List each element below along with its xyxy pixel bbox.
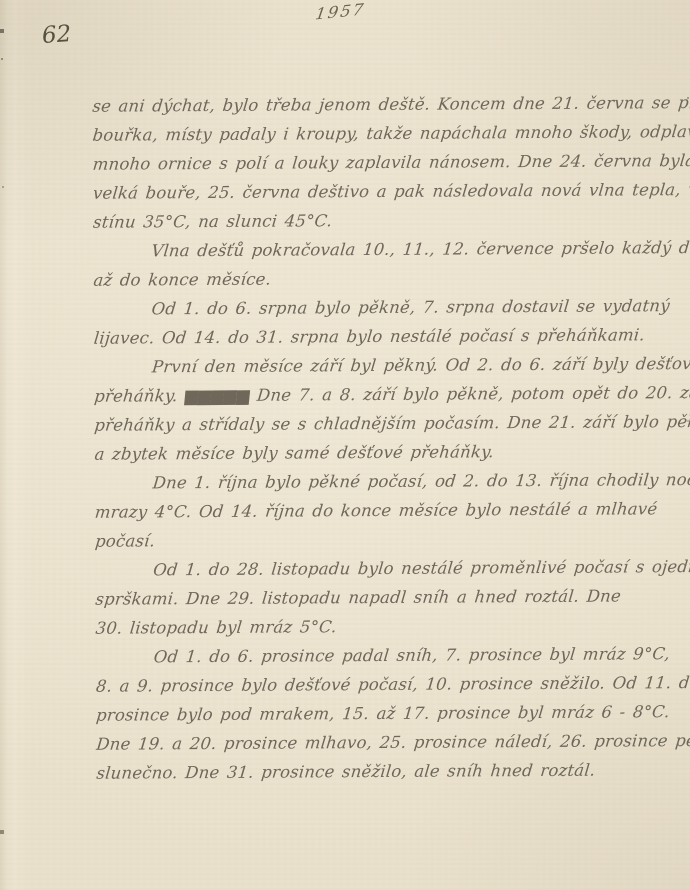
manuscript-line: 8. a 9. prosince bylo dešťové počasí, 10…: [95, 668, 658, 700]
manuscript-line: Od 1. do 28. listopadu bylo nestálé prom…: [94, 552, 657, 584]
manuscript-line: přeháňky. ▆▆▆▆▆ Dne 7. a 8. září bylo pě…: [93, 378, 656, 410]
manuscript-line: přeháňky a střídaly se s chladnějším poč…: [93, 407, 656, 439]
manuscript-line: Dne 1. října bylo pěkné počasí, od 2. do…: [93, 465, 656, 497]
manuscript-line: Od 1. do 6. prosince padal sníh, 7. pros…: [94, 639, 657, 671]
manuscript-line: stínu 35°C, na slunci 45°C.: [92, 204, 655, 236]
manuscript-line: až do konce měsíce.: [92, 262, 655, 294]
manuscript-line: velká bouře, 25. června deštivo a pak ná…: [92, 175, 655, 207]
year-label: 1957: [314, 0, 366, 23]
manuscript-line: mnoho ornice s polí a louky zaplavila ná…: [91, 146, 654, 178]
manuscript-line: 30. listopadu byl mráz 5°C.: [94, 610, 657, 642]
manuscript-line: Dne 19. a 20. prosince mlhavo, 25. prosi…: [95, 726, 658, 758]
page-number: 62: [41, 21, 72, 49]
manuscript-line: se ani dýchat, bylo třeba jenom deště. K…: [91, 88, 654, 120]
manuscript-line: Vlna dešťů pokračovala 10., 11., 12. čer…: [92, 233, 655, 265]
manuscript-page: 62 1957 se ani dýchat, bylo třeba jenom …: [0, 0, 690, 890]
manuscript-line: bouřka, místy padaly i kroupy, takže nap…: [91, 117, 654, 149]
manuscript-line: lijavec. Od 14. do 31. srpna bylo nestál…: [92, 320, 655, 352]
manuscript-line: prosince bylo pod mrakem, 15. až 17. pro…: [95, 697, 658, 729]
manuscript-line: Od 1. do 6. srpna bylo pěkně, 7. srpna d…: [92, 291, 655, 323]
scan-edge-specks: [0, 0, 2, 2]
manuscript-line: sprškami. Dne 29. listopadu napadl sníh …: [94, 581, 657, 613]
manuscript-line: slunečno. Dne 31. prosince sněžilo, ale …: [95, 755, 658, 787]
manuscript-line: a zbytek měsíce byly samé dešťové přeháň…: [93, 436, 656, 468]
manuscript-line: počasí.: [94, 523, 657, 555]
manuscript-line: mrazy 4°C. Od 14. října do konce měsíce …: [94, 494, 657, 526]
manuscript-line: První den měsíce září byl pěkný. Od 2. d…: [93, 349, 656, 381]
manuscript-text-block: se ani dýchat, bylo třeba jenom deště. K…: [91, 88, 655, 787]
